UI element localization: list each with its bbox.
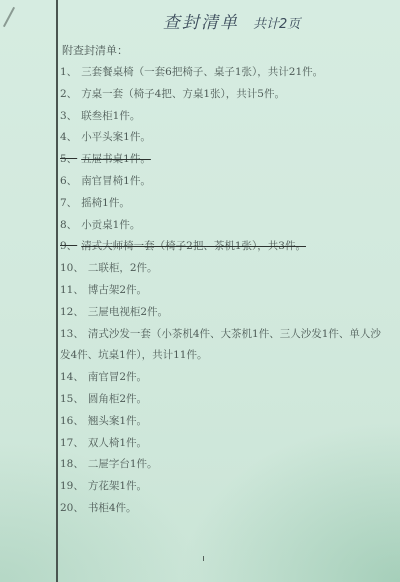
item-text: 摇椅1件。	[81, 197, 130, 209]
list-item: 1、三套餐桌椅（一套6把椅子、桌子1张），共计21件。	[60, 62, 390, 84]
list-item: 10、二联柜，2件。	[60, 258, 390, 280]
item-text: 圆角柜2件。	[88, 393, 147, 405]
item-number: 12、	[60, 306, 84, 318]
title-text: 查封清单	[163, 13, 239, 33]
list-header: 附查封清单：	[62, 42, 128, 58]
item-text: 小平头案1件。	[81, 131, 151, 143]
handwritten-title: 查封清单共计2页	[163, 8, 300, 33]
item-text: 方花架1件。	[88, 480, 147, 492]
item-number: 11、	[60, 284, 84, 296]
item-text: 清式大师椅一套（椅子2把、茶机1张），共3件。	[81, 240, 306, 252]
list-item: 15、圆角柜2件。	[60, 389, 390, 411]
item-number: 13、	[60, 328, 84, 340]
item-text: 南官冒2件。	[88, 371, 147, 383]
pencil-mark	[3, 7, 15, 27]
list-item: 6、南官冒椅1件。	[60, 171, 390, 193]
item-number: 16、	[60, 415, 84, 427]
list-item: 7、摇椅1件。	[60, 193, 390, 215]
item-text: 清式沙发一套（小茶机4件、大茶机1件、三人沙发1件、单人沙发4件、坑桌1件），共…	[60, 328, 381, 362]
item-number: 10、	[60, 262, 84, 274]
item-number: 5、	[60, 153, 77, 165]
item-number: 20、	[60, 502, 84, 514]
list-item: 12、三屉电视柜2件。	[60, 302, 390, 324]
item-text: 五屉书桌1件。	[81, 153, 151, 165]
item-number: 18、	[60, 458, 84, 470]
list-item: 13、清式沙发一套（小茶机4件、大茶机1件、三人沙发1件、单人沙发4件、坑桌1件…	[60, 324, 390, 368]
page-mark	[203, 556, 204, 561]
item-number: 14、	[60, 371, 84, 383]
item-number: 6、	[60, 175, 77, 187]
document-page: 查封清单共计2页 附查封清单： 1、三套餐桌椅（一套6把椅子、桌子1张），共计2…	[0, 0, 400, 582]
item-number: 3、	[60, 110, 77, 122]
list-item: 16、翘头案1件。	[60, 411, 390, 433]
list-item: 4、小平头案1件。	[60, 127, 390, 149]
seizure-list: 1、三套餐桌椅（一套6把椅子、桌子1张），共计21件。 2、方桌一套（椅子4把、…	[60, 62, 390, 520]
item-number: 8、	[60, 219, 77, 231]
item-text: 联叁柜1件。	[81, 110, 140, 122]
item-text: 三套餐桌椅（一套6把椅子、桌子1张），共计21件。	[81, 66, 323, 78]
item-number: 2、	[60, 88, 77, 100]
list-item: 20、书柜4件。	[60, 498, 390, 520]
item-text: 三屉电视柜2件。	[88, 306, 168, 318]
item-number: 19、	[60, 480, 84, 492]
item-number: 15、	[60, 393, 84, 405]
item-text: 博古架2件。	[88, 284, 147, 296]
item-number: 9、	[60, 240, 77, 252]
item-text: 书柜4件。	[88, 502, 137, 514]
list-item: 8、小贡桌1件。	[60, 215, 390, 237]
item-text: 方桌一套（椅子4把、方桌1张），共计5件。	[81, 88, 285, 100]
list-item: 18、二屉字台1件。	[60, 454, 390, 476]
margin-line	[56, 0, 58, 582]
item-text: 二联柜，2件。	[88, 262, 158, 274]
item-number: 1、	[60, 66, 77, 78]
item-text: 翘头案1件。	[88, 415, 147, 427]
item-text: 小贡桌1件。	[81, 219, 140, 231]
list-item: 2、方桌一套（椅子4把、方桌1张），共计5件。	[60, 84, 390, 106]
item-text: 二屉字台1件。	[88, 458, 158, 470]
item-text: 双人椅1件。	[88, 437, 147, 449]
title-page-count: 共计2页	[253, 17, 300, 32]
list-item: 11、博古架2件。	[60, 280, 390, 302]
list-item: 17、双人椅1件。	[60, 433, 390, 455]
list-item-struck: 5、五屉书桌1件。	[60, 149, 390, 171]
item-number: 4、	[60, 131, 77, 143]
item-number: 17、	[60, 437, 84, 449]
list-item: 19、方花架1件。	[60, 476, 390, 498]
list-item-struck: 9、清式大师椅一套（椅子2把、茶机1张），共3件。	[60, 236, 390, 258]
item-text: 南官冒椅1件。	[81, 175, 151, 187]
list-item: 14、南官冒2件。	[60, 367, 390, 389]
list-item: 3、联叁柜1件。	[60, 106, 390, 128]
item-number: 7、	[60, 197, 77, 209]
